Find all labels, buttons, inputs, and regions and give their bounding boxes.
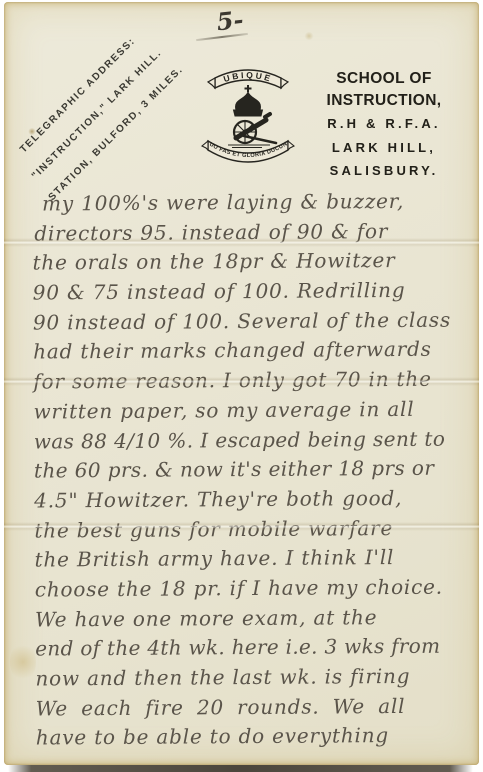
handwriting-line: We each fire 20 rounds. We all (36, 693, 473, 726)
letter-body: my 100%'s were laying & buzzer, director… (32, 188, 473, 755)
handwriting-line: choose the 18 pr. if I have my choice. (35, 574, 472, 607)
handwriting-line: the British army have. I think I'll (35, 545, 472, 578)
paper-edge-shadow (8, 765, 473, 772)
cannon-icon (228, 114, 276, 148)
handwriting-line: 90 & 75 instead of 100. Redrilling (33, 278, 470, 311)
handwriting-line: We have one more exam, at the (35, 604, 472, 637)
handwriting-line: 4.5" Howitzer. They're both good, (34, 485, 471, 518)
paper-stain (304, 32, 314, 40)
handwriting-line: was 88 4/10 %. I escaped being sent to (34, 426, 471, 459)
handwriting-line: now and then the last wk. is firing (35, 663, 472, 696)
handwriting-line: my 100%'s were laying & buzzer, (32, 188, 469, 221)
handwriting-line: 90 instead of 100. Several of the class (33, 307, 470, 340)
royal-artillery-crest-icon: UBIQUE QUO FAS ET GLORIA DUCUNT (200, 56, 296, 166)
scan-background: { "page_number": "5-", "letterhead": { "… (0, 0, 483, 772)
handwriting-line: have to be able to do everything (36, 723, 473, 756)
handwriting-line: the orals on the 18pr & Howitzer (32, 248, 469, 281)
handwriting-line: written paper, so my average in all (33, 396, 470, 429)
handwriting-line: had their marks changed afterwards (33, 337, 470, 370)
page-number: 5- (199, 3, 262, 38)
paper-stain (10, 642, 36, 682)
letter-paper: 5- TELEGRAPHIC ADDRESS: "INSTRUCTION," L… (4, 2, 479, 765)
crown-icon (234, 85, 263, 116)
handwriting-line: for some reason. I only got 70 in the (33, 367, 470, 400)
address-line-1: SCHOOL OF INSTRUCTION, (290, 68, 478, 112)
school-address-block: SCHOOL OF INSTRUCTION, R.H & R.F.A. LARK… (290, 68, 478, 183)
telegraphic-line-2: "INSTRUCTION," LARK HILL. (4, 17, 195, 213)
address-line-4: SALISBURY. (290, 159, 478, 183)
address-line-3: LARK HILL, (290, 136, 478, 160)
handwriting-line: the 60 prs. & now it's either 18 prs or (34, 456, 471, 489)
handwriting-line: directors 95. instead of 90 & for (32, 218, 469, 251)
handwriting-line: end of the 4th wk. here i.e. 3 wks from (35, 634, 472, 667)
address-line-2: R.H & R.F.A. (290, 112, 478, 136)
handwriting-line: the best guns for mobile warfare (34, 515, 471, 548)
